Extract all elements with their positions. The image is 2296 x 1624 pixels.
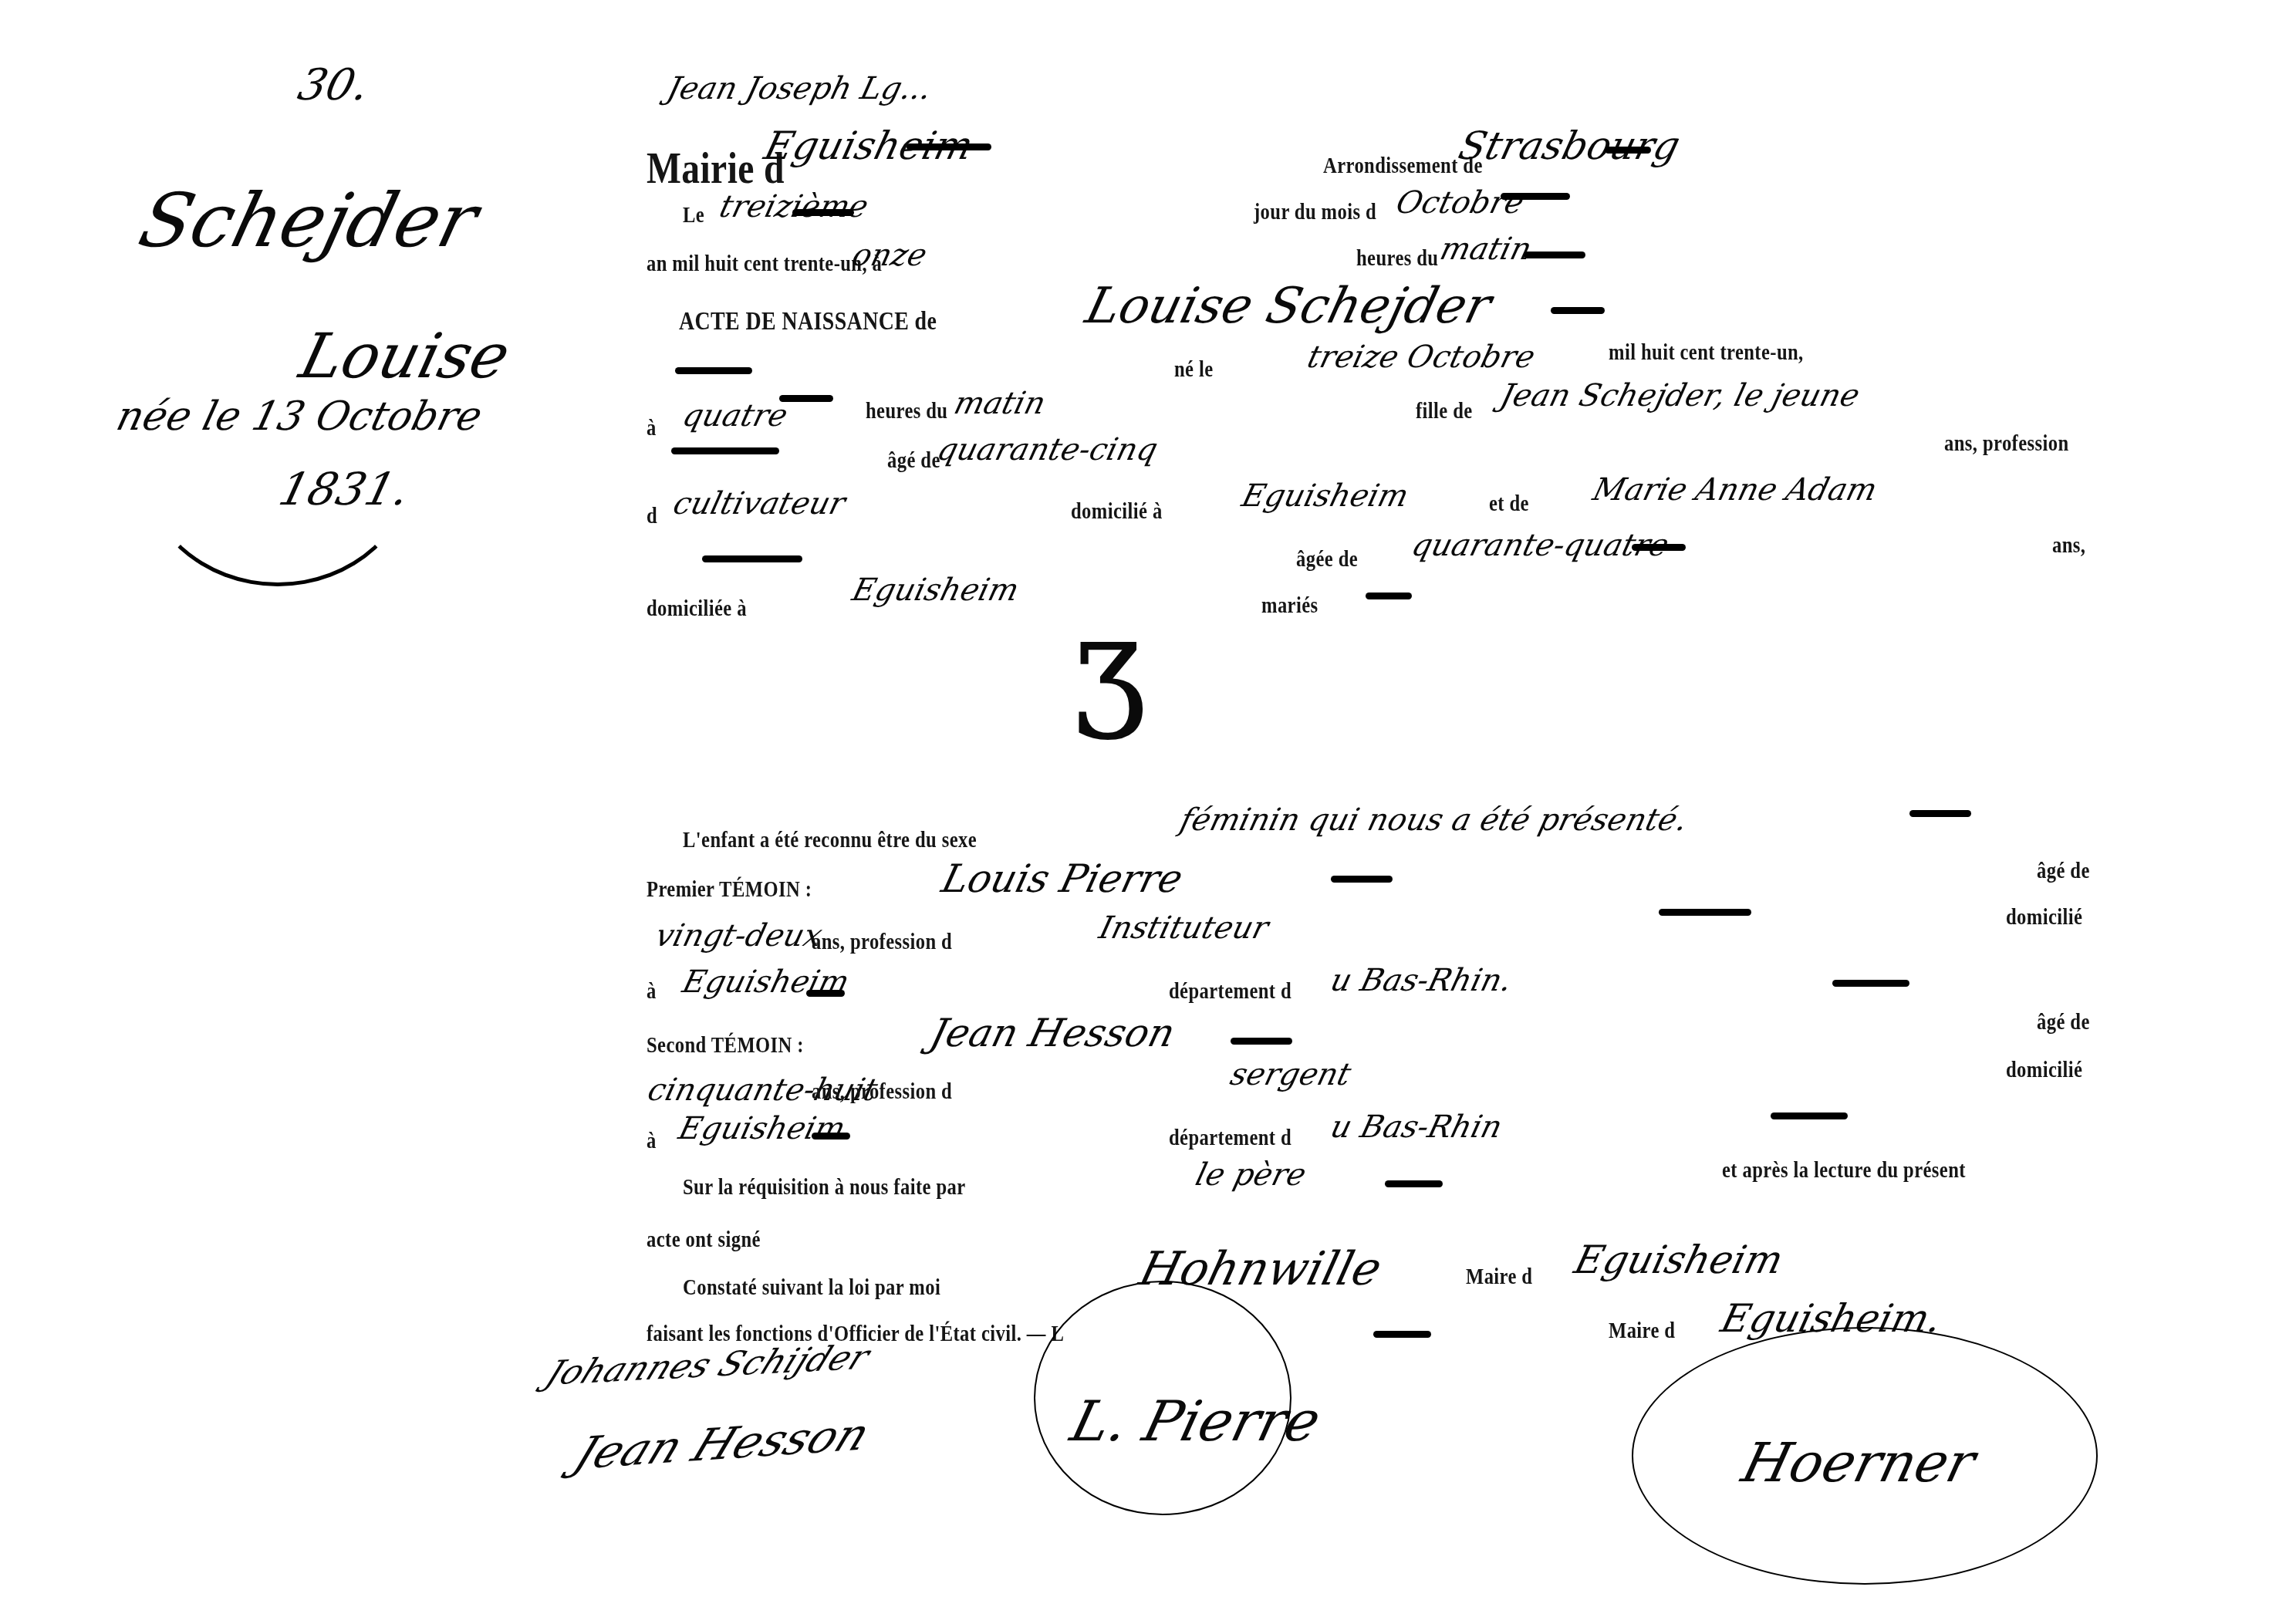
margin-flourish [139,332,417,586]
maire-commune: Eguisheim [1570,1237,1788,1282]
fill-dash [1501,193,1570,200]
birth-hour-value: quatre [679,398,792,434]
father-age-value: quarante-cinq [934,432,1161,468]
fill-dash [1373,1331,1431,1338]
child-name: Louise Schejder [1080,278,1497,335]
birth-date-value: treize Octobre [1304,339,1538,375]
maire2-label: Maire d [1609,1318,1675,1344]
fill-dash [1551,307,1605,314]
fill-dash [779,395,833,402]
temoin1-age: vingt-deux [652,918,826,954]
fils-label: fille de [1416,398,1473,424]
et-de-label: et de [1489,491,1529,517]
arrondissement-value: Strasbourg [1454,123,1684,168]
fill-dash [1231,1038,1292,1045]
mother-domicile-label: domiciliée à [647,596,747,622]
temoin2-prof: sergent [1227,1057,1355,1092]
temoin2-dom: Eguisheim [675,1111,849,1146]
birth-year-label: mil huit cent trente-un, [1609,339,1804,366]
signe-label: acte ont signé [647,1227,761,1253]
period-value: matin [1437,231,1535,267]
temoin1-prof-label: ans, profession d [812,929,952,955]
temoin1-name: Louis Pierre [937,856,1187,901]
hours-label: heures du [1356,245,1438,272]
father-value: Jean Schejder, le jeune [1497,378,1863,414]
blank-mark: Ʒ [1072,617,1146,770]
temoin2-age-label: âgé de [2037,1009,2090,1035]
signature-flourish [1632,1327,2098,1585]
signature-flourish [1034,1281,1291,1515]
ne-le-label: né le [1174,356,1214,383]
requisition-value: le père [1192,1157,1310,1193]
birth-period-value: matin [950,386,1049,421]
temoin1-dom-label: domicilié [2006,904,2082,930]
birth-hours-label: heures du [866,398,947,424]
fill-dash [702,555,802,562]
temoin2-prof-label: ans, profession d [812,1079,952,1105]
domicilie-label: domicilié à [1071,498,1163,525]
fill-dash [1605,147,1651,154]
maries-label: mariés [1261,593,1319,619]
temoin2-name: Jean Hesson [926,1011,1180,1055]
temoin2-dom-label: domicilié [2006,1057,2082,1083]
signature-1: Johannes Schijder [540,1338,875,1393]
acte-label: ACTE DE NAISSANCE de [679,307,937,336]
father-profession: cultivateur [670,486,849,522]
month-value: Octobre [1393,185,1528,221]
signature-2: Jean Hesson [567,1408,878,1480]
fill-dash [1909,810,1971,817]
ans-label: ans, [2052,532,2085,559]
dept-value: u Bas-Rhin. [1327,963,1515,998]
fill-dash [675,367,752,374]
fill-dash [1524,252,1585,258]
father-age-label: âgé de [887,447,940,474]
year-label: an mil huit cent trente-un, à [647,251,882,277]
fill-dash [1385,1180,1443,1187]
temoin1-dom-prefix: à [647,978,657,1004]
a-label: à [647,415,657,441]
temoin2-label: Second TÉMOIN : [647,1032,804,1058]
fill-dash [1771,1112,1848,1119]
sexe-value: féminin qui nous a été présenté. [1177,802,1691,838]
temoin1-prof: Instituteur [1096,910,1272,946]
hour-value: onze [849,238,930,273]
mother-value: Marie Anne Adam [1589,472,1881,508]
fill-dash [1832,980,1909,987]
fill-dash [671,447,779,454]
fill-dash [1632,544,1686,551]
le-label: Le [683,202,704,228]
d-label: d [647,503,657,529]
constate-label: Constaté suivant la loi par moi [683,1275,940,1301]
fill-dash [792,209,854,216]
margin-surname: Schejder [131,177,486,264]
father-domicile: Eguisheim [1238,478,1413,514]
fill-dash [1331,876,1393,883]
fill-dash [907,143,991,150]
month-label: jour du mois d [1254,199,1376,225]
day-value: treizième [716,189,872,225]
temoin1-age-label: âgé de [2037,858,2090,884]
top-scrawl: Jean Joseph Lg... [663,71,935,106]
temoin2-dom-prefix: à [647,1128,657,1154]
maire-label: Maire d [1466,1264,1532,1290]
dept-label: département d [1169,978,1291,1004]
entry-number: 30. [293,60,374,110]
temoin1-label: Premier TÉMOIN : [647,876,812,903]
ans-profession-label: ans, profession [1944,430,2069,457]
dept2-value: u Bas-Rhin [1327,1109,1506,1145]
requisition-label: Sur la réquisition à nous faite par [683,1174,966,1200]
lecture-label: et après la lecture du présent [1722,1157,1966,1183]
mother-domicile: Eguisheim [849,572,1023,608]
fill-dash [1366,593,1412,599]
fill-dash [1659,909,1751,916]
fill-dash [812,1133,850,1140]
dept2-label: département d [1169,1125,1291,1151]
sexe-label: L'enfant a été reconnu être du sexe [683,827,977,853]
mother-age-label: âgée de [1296,546,1358,572]
fill-dash [806,990,845,997]
